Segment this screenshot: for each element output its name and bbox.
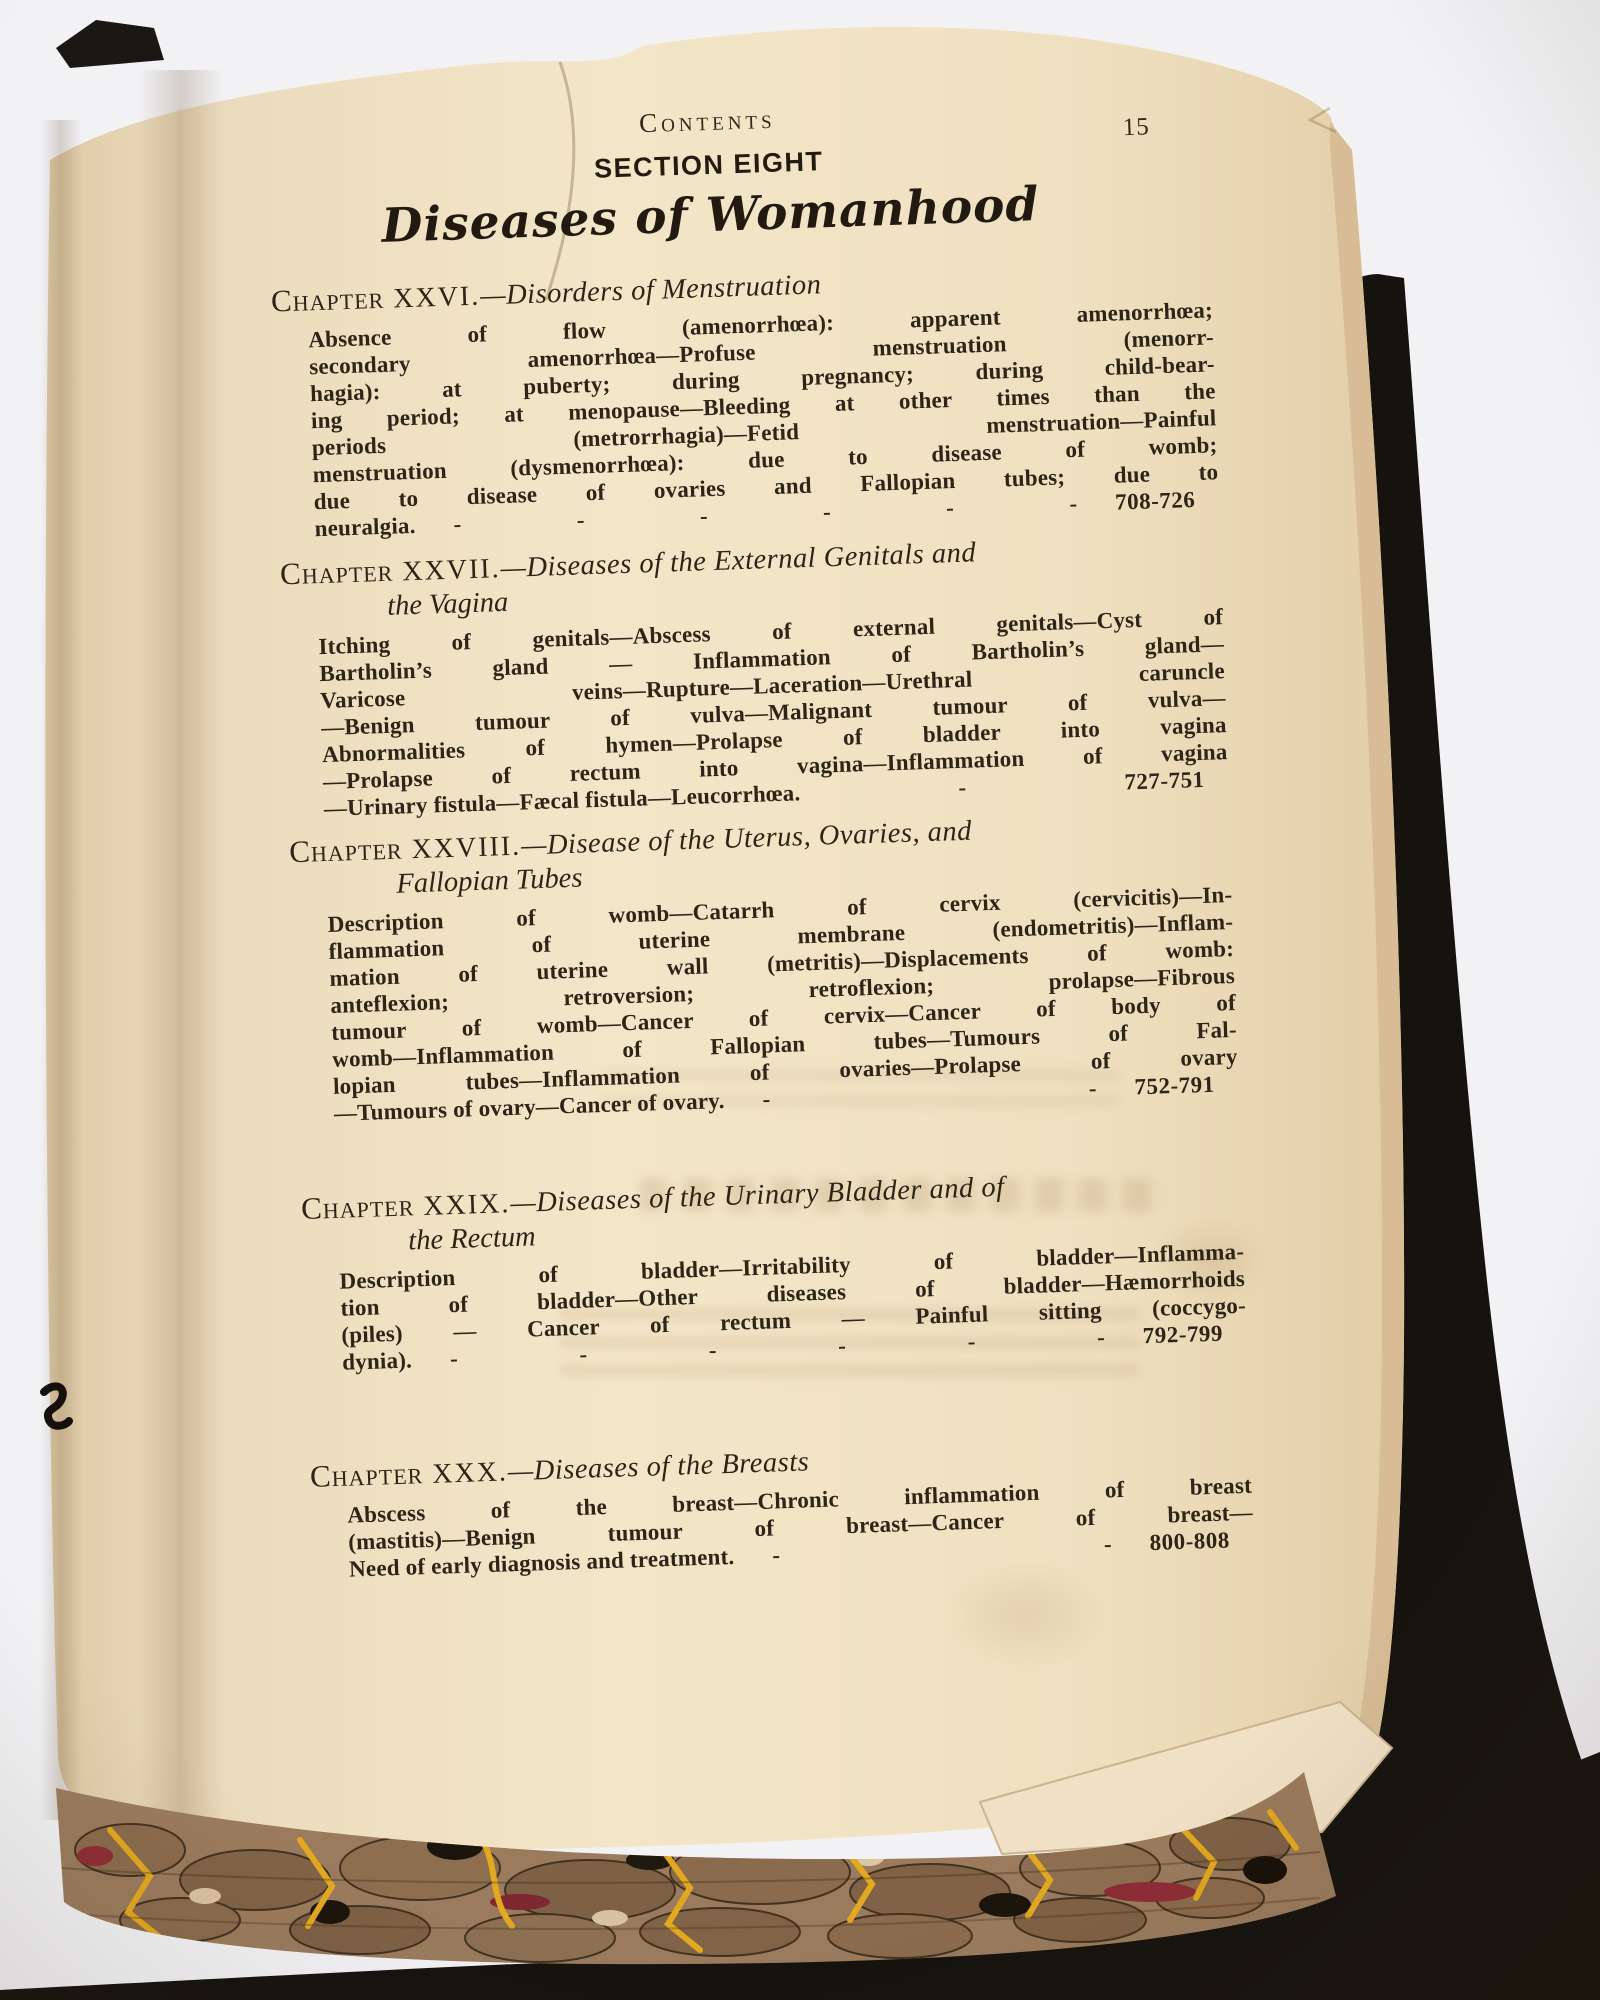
chapter-numeral: XXX.	[432, 1456, 509, 1489]
chapter-word: Chapter	[309, 1455, 423, 1494]
chapter-summary: Itching of genitals—Abscess of external …	[216, 603, 1229, 825]
page-range: 752-791	[1134, 1070, 1239, 1100]
book-photo: Contents 15 SECTION EIGHT Diseases of Wo…	[0, 0, 1600, 2000]
chapter-title: —Disorders of Menstruation	[480, 269, 822, 311]
page-text-block: Contents 15 SECTION EIGHT Diseases of Wo…	[198, 65, 1265, 1658]
chapter-word: Chapter	[289, 830, 403, 869]
summary-line-text: dynia).	[342, 1346, 413, 1375]
page-range: 727-751	[1124, 765, 1229, 795]
chapter-entry-xxviii: ChapterXXVIII.—Disease of the Uterus, Ov…	[223, 803, 1248, 1131]
chapter-word: Chapter	[270, 280, 384, 319]
page-number: 15	[1122, 113, 1150, 142]
chapter-word: Chapter	[279, 553, 393, 592]
chapter-summary: Absence of flow (amenorrhœa): apparent a…	[206, 296, 1220, 545]
chapter-summary: Description of womb—Catarrh of cervix (c…	[225, 881, 1239, 1130]
summary-line-text: neuralgia.	[314, 512, 416, 542]
chapter-entry-xxix: ChapterXXIX.—Diseases of the Urinary Bla…	[235, 1160, 1257, 1380]
chapter-title-continuation: Fallopian Tubes	[396, 863, 583, 900]
chapter-word: Chapter	[301, 1187, 415, 1226]
page-range: 800-808	[1149, 1526, 1254, 1556]
chapter-numeral: XXIX.	[423, 1188, 511, 1222]
page-range: 792-799	[1142, 1319, 1247, 1349]
chapter-numeral: XXVIII.	[411, 831, 522, 866]
chapter-title-continuation: the Rectum	[408, 1221, 536, 1256]
chapter-title: —Diseases of the Breasts	[507, 1446, 809, 1487]
chapter-entry-xxx: ChapterXXX.—Diseases of the Breasts Absc…	[243, 1427, 1263, 1586]
chapter-title-continuation: the Vagina	[387, 587, 509, 622]
chapter-entry-xxvi: ChapterXXVI.—Disorders of Menstruation A…	[204, 252, 1228, 546]
chapter-numeral: XXVII.	[402, 553, 501, 587]
page-range: 708-726	[1115, 485, 1220, 515]
chapter-numeral: XXVI.	[393, 281, 481, 315]
chapter-entry-xxvii: ChapterXXVII.—Diseases of the External G…	[214, 525, 1238, 826]
